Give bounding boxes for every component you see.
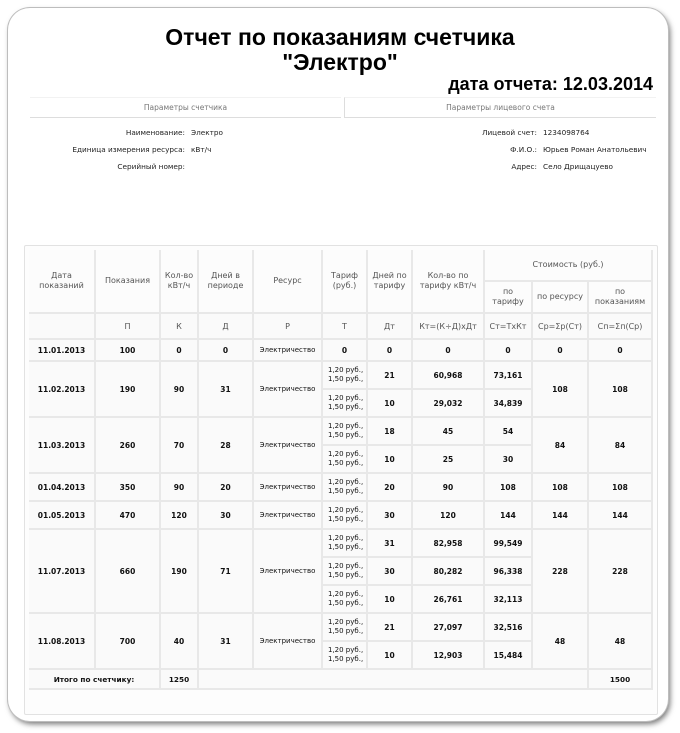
cell-tariff-qty: 27,097	[413, 614, 485, 642]
cell-tariff-days: 21	[368, 614, 413, 642]
cell-tariff: 1,20 руб.,1,50 руб.,	[323, 530, 368, 558]
cell-tariff-qty: 90	[413, 474, 485, 502]
cell-qty: 190	[161, 530, 199, 614]
cell-tariff: 1,20 руб.,1,50 руб.,	[323, 390, 368, 418]
cell-tariff-qty: 60,968	[413, 362, 485, 390]
cell-tariff-qty: 82,958	[413, 530, 485, 558]
cell-cost-by-tariff: 108	[485, 474, 533, 502]
col-cost-by-readings: по показаниям	[589, 282, 653, 314]
col-cost-by-resource: по ресурсу	[533, 282, 589, 314]
account-params: Лицевой счет:1234098764Ф.И.О.:Юрьев Рома…	[343, 124, 656, 175]
table-row: 11.02.20131909031Электричество1,20 руб.,…	[29, 362, 653, 390]
cell-tariff-days: 10	[368, 390, 413, 418]
col-tariff-days: Дней по тарифу	[368, 250, 413, 314]
cell-days: 28	[199, 418, 254, 474]
cell-cost-by-tariff: 15,484	[485, 642, 533, 670]
sym-tariff-days: Дт	[368, 314, 413, 340]
cell-tariff: 1,20 руб.,1,50 руб.,	[323, 474, 368, 502]
readings-table-container: Дата показаний Показания Кол-во кВт/ч Дн…	[24, 245, 658, 715]
param-label: Наименование:	[30, 124, 191, 141]
cell-qty: 40	[161, 614, 199, 670]
cell-tariff-days: 0	[368, 340, 413, 362]
meter-params: Наименование:ЭлектроЕдиница измерения ре…	[30, 124, 343, 175]
col-cost: Стоимость (руб.)	[485, 250, 653, 282]
cell-cost-by-tariff: 30	[485, 446, 533, 474]
cell-cost-by-tariff: 0	[485, 340, 533, 362]
param-label: Единица измерения ресурса:	[30, 141, 191, 158]
cell-date: 11.03.2013	[29, 418, 96, 474]
cell-reading: 660	[96, 530, 161, 614]
report-date: дата отчета: 12.03.2014	[448, 74, 653, 95]
total-label: Итого по счетчику:	[29, 670, 161, 690]
cell-resource: Электричество	[254, 502, 323, 530]
sym-tariff-qty: Кт=(К÷Д)хДт	[413, 314, 485, 340]
cell-tariff-qty: 26,761	[413, 586, 485, 614]
param-value: Электро	[191, 124, 223, 141]
cell-cost-by-readings: 228	[589, 530, 653, 614]
cell-cost-by-resource: 48	[533, 614, 589, 670]
cell-tariff: 0	[323, 340, 368, 362]
cell-tariff-days: 30	[368, 502, 413, 530]
parameters-section: Параметры счетчика Параметры лицевого сч…	[30, 97, 656, 175]
sym-qty: К	[161, 314, 199, 340]
col-tariff-qty: Кол-во по тарифу кВт/ч	[413, 250, 485, 314]
cell-qty: 0	[161, 340, 199, 362]
col-cost-by-tariff: по тарифу	[485, 282, 533, 314]
col-date: Дата показаний	[29, 250, 96, 314]
cell-date: 11.02.2013	[29, 362, 96, 418]
cell-qty: 90	[161, 362, 199, 418]
cell-tariff-qty: 12,903	[413, 642, 485, 670]
cell-resource: Электричество	[254, 418, 323, 474]
table-row: 11.08.20137004031Электричество1,20 руб.,…	[29, 614, 653, 642]
cell-cost-by-resource: 84	[533, 418, 589, 474]
cell-resource: Электричество	[254, 530, 323, 614]
cell-cost-by-tariff: 99,549	[485, 530, 533, 558]
param-label: Лицевой счет:	[343, 124, 543, 141]
cell-days: 20	[199, 474, 254, 502]
cell-tariff: 1,20 руб.,1,50 руб.,	[323, 362, 368, 390]
cell-reading: 470	[96, 502, 161, 530]
col-qty: Кол-во кВт/ч	[161, 250, 199, 314]
sym-cost-by-resource: Ср=Σр(Ст)	[533, 314, 589, 340]
cell-cost-by-readings: 108	[589, 474, 653, 502]
title-line-1: Отчет по показаниям счетчика	[0, 25, 680, 50]
cell-cost-by-readings: 0	[589, 340, 653, 362]
param-label: Ф.И.О.:	[343, 141, 543, 158]
table-row: 11.07.201366019071Электричество1,20 руб.…	[29, 530, 653, 558]
cell-resource: Электричество	[254, 474, 323, 502]
param-value: Юрьев Роман Анатольевич	[543, 141, 647, 158]
param-label: Адрес:	[343, 158, 543, 175]
cell-resource: Электричество	[254, 614, 323, 670]
cell-tariff-days: 31	[368, 530, 413, 558]
cell-tariff: 1,20 руб.,1,50 руб.,	[323, 614, 368, 642]
cell-tariff-days: 10	[368, 586, 413, 614]
param-row: Адрес:Село Дрищацуево	[343, 158, 656, 175]
cell-tariff-qty: 0	[413, 340, 485, 362]
cell-tariff: 1,20 руб.,1,50 руб.,	[323, 642, 368, 670]
cell-tariff-days: 10	[368, 642, 413, 670]
sym-cost-by-readings: Сп=Σп(Ср)	[589, 314, 653, 340]
title-line-2: "Электро"	[0, 50, 680, 75]
param-label: Серийный номер:	[30, 158, 191, 175]
cell-date: 11.01.2013	[29, 340, 96, 362]
cell-cost-by-tariff: 96,338	[485, 558, 533, 586]
param-row: Лицевой счет:1234098764	[343, 124, 656, 141]
col-reading: Показания	[96, 250, 161, 314]
cell-tariff-qty: 25	[413, 446, 485, 474]
param-row: Наименование:Электро	[30, 124, 343, 141]
meter-params-heading: Параметры счетчика	[30, 97, 341, 118]
cell-cost-by-readings: 84	[589, 418, 653, 474]
table-row: 11.03.20132607028Электричество1,20 руб.,…	[29, 418, 653, 446]
cell-tariff-qty: 80,282	[413, 558, 485, 586]
cell-reading: 350	[96, 474, 161, 502]
cell-cost-by-resource: 228	[533, 530, 589, 614]
cell-days: 71	[199, 530, 254, 614]
formula-row: П К Д Р Т Дт Кт=(К÷Д)хДт Ст=ТхКт Ср=Σр(С…	[29, 314, 653, 340]
cell-cost-by-tariff: 32,113	[485, 586, 533, 614]
report-title: Отчет по показаниям счетчика "Электро"	[0, 25, 680, 75]
param-row: Ф.И.О.:Юрьев Роман Анатольевич	[343, 141, 656, 158]
sym-cost-by-tariff: Ст=ТхКт	[485, 314, 533, 340]
cell-cost-by-tariff: 73,161	[485, 362, 533, 390]
cell-days: 0	[199, 340, 254, 362]
cell-cost-by-resource: 144	[533, 502, 589, 530]
sym-date	[29, 314, 96, 340]
total-row: Итого по счетчику:12501500	[29, 670, 653, 690]
cell-reading: 100	[96, 340, 161, 362]
col-tariff: Тариф (руб.)	[323, 250, 368, 314]
cell-cost-by-resource: 108	[533, 474, 589, 502]
cell-reading: 190	[96, 362, 161, 418]
col-days: Дней в периоде	[199, 250, 254, 314]
cell-cost-by-readings: 48	[589, 614, 653, 670]
account-params-heading: Параметры лицевого счета	[344, 97, 656, 118]
cell-cost-by-resource: 108	[533, 362, 589, 418]
cell-date: 01.04.2013	[29, 474, 96, 502]
cell-tariff: 1,20 руб.,1,50 руб.,	[323, 558, 368, 586]
col-resource: Ресурс	[254, 250, 323, 314]
cell-resource: Электричество	[254, 340, 323, 362]
sym-tariff: Т	[323, 314, 368, 340]
cell-tariff: 1,20 руб.,1,50 руб.,	[323, 586, 368, 614]
param-value: 1234098764	[543, 124, 589, 141]
cell-cost-by-tariff: 54	[485, 418, 533, 446]
cell-tariff-qty: 120	[413, 502, 485, 530]
readings-table: Дата показаний Показания Кол-во кВт/ч Дн…	[29, 250, 653, 690]
cell-reading: 260	[96, 418, 161, 474]
cell-cost-by-tariff: 32,516	[485, 614, 533, 642]
cell-cost-by-readings: 144	[589, 502, 653, 530]
table-row: 01.05.201347012030Электричество1,20 руб.…	[29, 502, 653, 530]
cell-tariff-days: 30	[368, 558, 413, 586]
cell-date: 11.08.2013	[29, 614, 96, 670]
param-value: Село Дрищацуево	[543, 158, 613, 175]
cell-tariff: 1,20 руб.,1,50 руб.,	[323, 446, 368, 474]
cell-days: 30	[199, 502, 254, 530]
cell-tariff-qty: 45	[413, 418, 485, 446]
cell-qty: 70	[161, 418, 199, 474]
cell-cost-by-resource: 0	[533, 340, 589, 362]
cell-cost-by-tariff: 144	[485, 502, 533, 530]
cell-resource: Электричество	[254, 362, 323, 418]
cell-date: 01.05.2013	[29, 502, 96, 530]
table-row: 11.01.201310000Электричество000000	[29, 340, 653, 362]
cell-qty: 90	[161, 474, 199, 502]
sym-days: Д	[199, 314, 254, 340]
total-qty: 1250	[161, 670, 199, 690]
cell-tariff: 1,20 руб.,1,50 руб.,	[323, 502, 368, 530]
cell-tariff-days: 18	[368, 418, 413, 446]
cell-days: 31	[199, 362, 254, 418]
sym-resource: Р	[254, 314, 323, 340]
table-row: 01.04.20133509020Электричество1,20 руб.,…	[29, 474, 653, 502]
param-row: Серийный номер:	[30, 158, 343, 175]
total-spacer	[199, 670, 589, 690]
cell-tariff-days: 20	[368, 474, 413, 502]
cell-cost-by-readings: 108	[589, 362, 653, 418]
cell-days: 31	[199, 614, 254, 670]
cell-date: 11.07.2013	[29, 530, 96, 614]
param-row: Единица измерения ресурса:кВт/ч	[30, 141, 343, 158]
cell-tariff-days: 21	[368, 362, 413, 390]
param-value: кВт/ч	[191, 141, 211, 158]
cell-tariff-qty: 29,032	[413, 390, 485, 418]
total-cost: 1500	[589, 670, 653, 690]
sym-reading: П	[96, 314, 161, 340]
cell-qty: 120	[161, 502, 199, 530]
cell-tariff: 1,20 руб.,1,50 руб.,	[323, 418, 368, 446]
cell-reading: 700	[96, 614, 161, 670]
cell-cost-by-tariff: 34,839	[485, 390, 533, 418]
cell-tariff-days: 10	[368, 446, 413, 474]
